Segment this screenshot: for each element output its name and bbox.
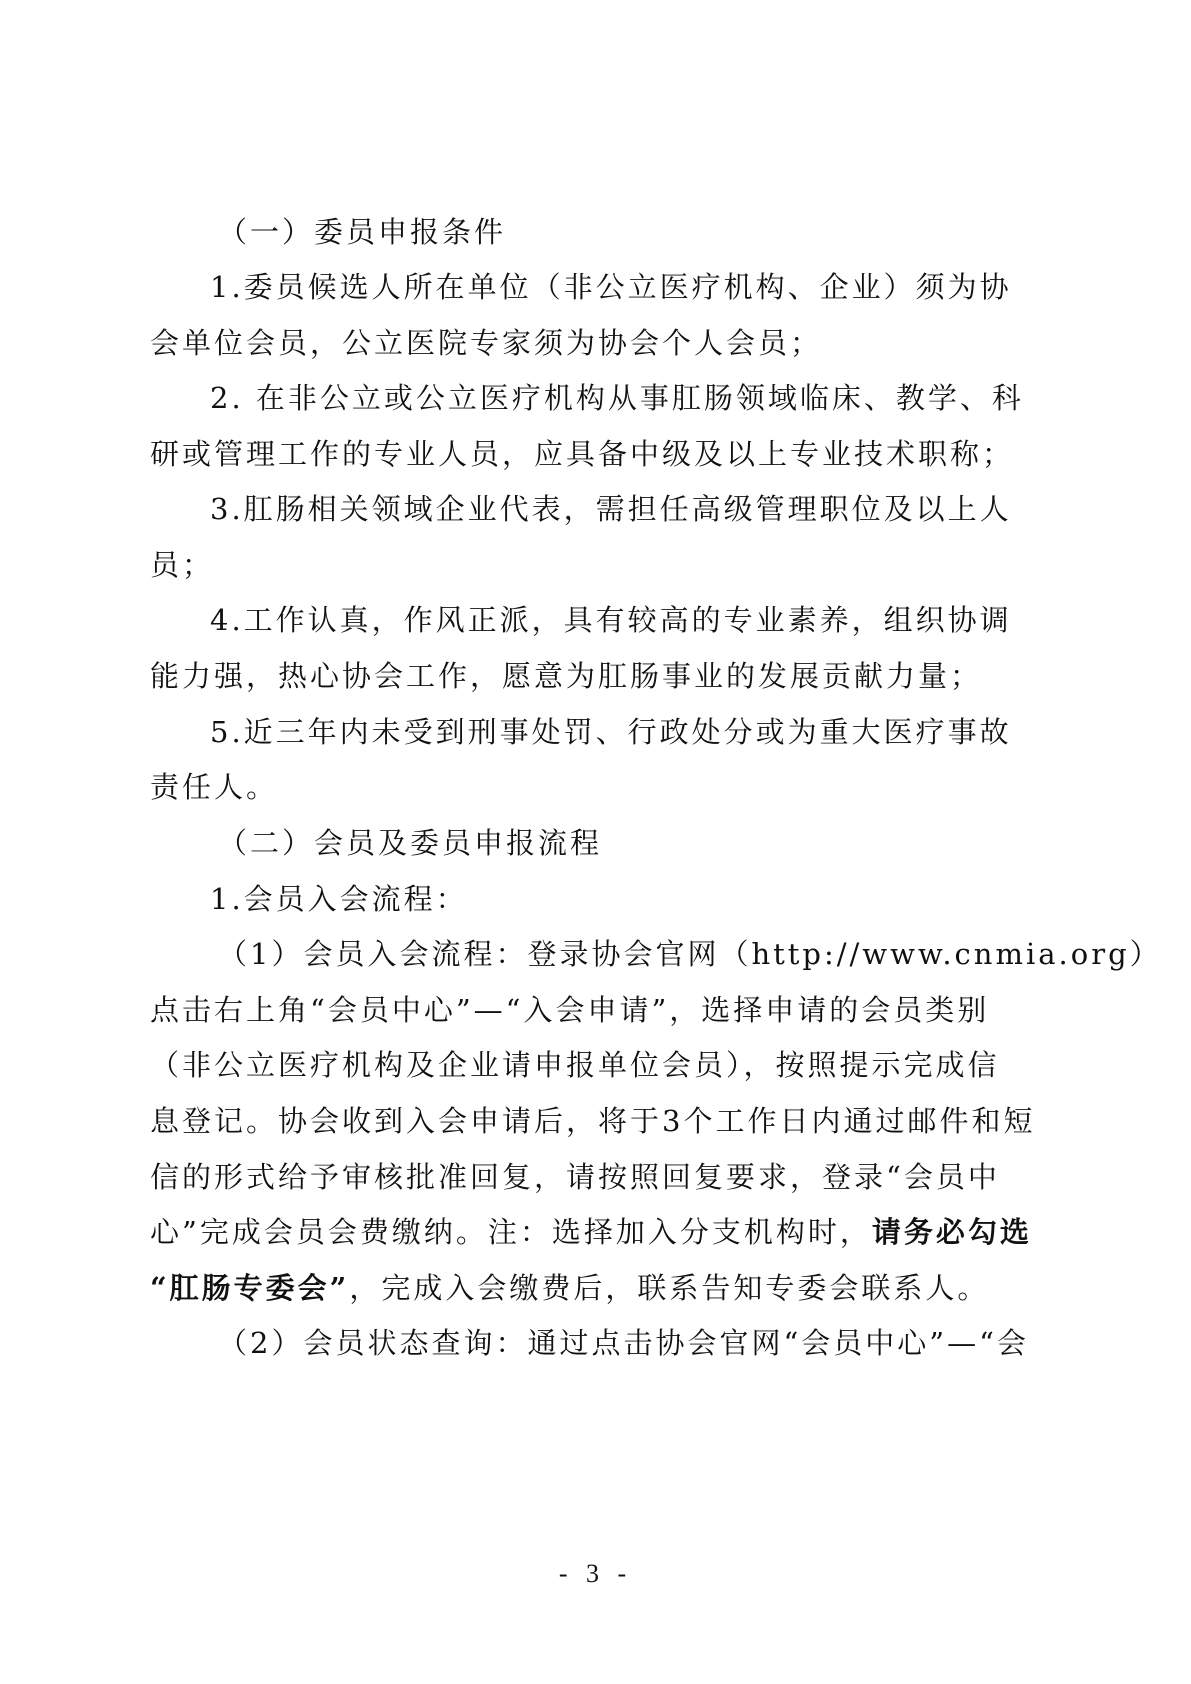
page-number: - 3 -: [0, 1559, 1191, 1589]
paragraph1-line-6-text: 心”完成会员会费缴纳。注：选择加入分支机构时，: [150, 1215, 872, 1249]
condition-4-line-1: 4.工作认真，作风正派，具有较高的专业素养，组织协调: [210, 600, 1012, 640]
paragraph1-line-5: 信的形式给予审核批准回复，请按照回复要求，登录“会员中: [150, 1157, 1000, 1197]
section-heading-2: （二）会员及委员申报流程: [218, 823, 602, 863]
condition-1-line-1: 1.委员候选人所在单位（非公立医疗机构、企业）须为协: [210, 267, 1012, 307]
paragraph1-line-3: （非公立医疗机构及企业请申报单位会员），按照提示完成信: [150, 1045, 1000, 1085]
paragraph1-line-1: （1）会员入会流程：登录协会官网（http://www.cnmia.org）: [218, 934, 1162, 974]
emphasis-text: 请务必勾选: [872, 1215, 1032, 1249]
paragraph1-line-6: 心”完成会员会费缴纳。注：选择加入分支机构时，请务必勾选: [150, 1212, 1032, 1252]
subheading-membership-process: 1.会员入会流程：: [210, 879, 468, 919]
paragraph1-line-7: “肛肠专委会”，完成入会缴费后，联系告知专委会联系人。: [150, 1268, 989, 1308]
condition-5-line-1: 5.近三年内未受到刑事处罚、行政处分或为重大医疗事故: [210, 712, 1012, 752]
paragraph1-line-2: 点击右上角“会员中心”—“入会申请”，选择申请的会员类别: [150, 990, 989, 1030]
paragraph2-line-1: （2）会员状态查询：通过点击协会官网“会员中心”—“会: [218, 1323, 1029, 1363]
section-heading-1: （一）委员申报条件: [218, 212, 506, 252]
condition-1-line-2: 会单位会员，公立医院专家须为协会个人会员；: [150, 323, 822, 363]
condition-4-line-2: 能力强，热心协会工作，愿意为肛肠事业的发展贡献力量；: [150, 656, 982, 696]
emphasis-committee-name: “肛肠专委会”: [150, 1271, 349, 1305]
condition-5-line-2: 责任人。: [150, 767, 278, 807]
condition-3-line-1: 3.肛肠相关领域企业代表，需担任高级管理职位及以上人: [210, 489, 1012, 529]
condition-2-line-2: 研或管理工作的专业人员，应具备中级及以上专业技术职称；: [150, 434, 1014, 474]
paragraph1-line-4: 息登记。协会收到入会申请后，将于3个工作日内通过邮件和短: [150, 1101, 1035, 1141]
document-page: （一）委员申报条件 1.委员候选人所在单位（非公立医疗机构、企业）须为协 会单位…: [0, 0, 1191, 1684]
paragraph1-line-7-text: ，完成入会缴费后，联系告知专委会联系人。: [349, 1271, 989, 1305]
condition-2-line-1: 2. 在非公立或公立医疗机构从事肛肠领域临床、教学、科: [210, 378, 1024, 418]
condition-3-line-2: 员；: [150, 545, 214, 585]
